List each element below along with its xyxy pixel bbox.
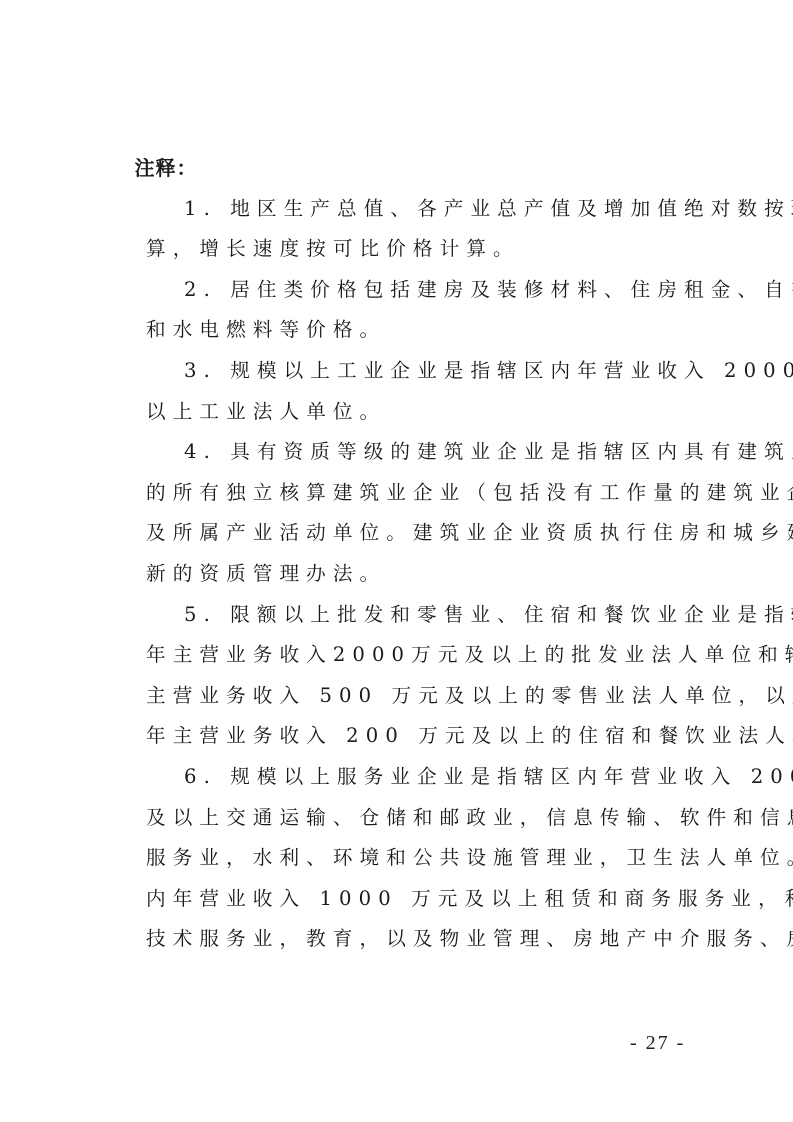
note-line: 4. 具有资质等级的建筑业企业是指辖区内具有建筑业资质 bbox=[107, 432, 685, 473]
note-line: 及所属产业活动单位。建筑业企业资质执行住房和城乡建设部 bbox=[107, 513, 685, 554]
note-line: 2. 居住类价格包括建房及装修材料、住房租金、自有住房 bbox=[107, 270, 685, 311]
note-line: 年主营业务收入2000万元及以上的批发业法人单位和辖区内年 bbox=[107, 635, 685, 676]
note-line: 新的资质管理办法。 bbox=[107, 554, 685, 595]
note-line: 以上工业法人单位。 bbox=[107, 392, 685, 433]
document-page: 注释： 1. 地区生产总值、各产业总产值及增加值绝对数按现价计 算，增长速度按可… bbox=[0, 0, 793, 1122]
note-line: 服务业，水利、环境和公共设施管理业，卫生法人单位。辖区 bbox=[107, 838, 685, 879]
note-line: 算，增长速度按可比价格计算。 bbox=[107, 229, 685, 270]
note-2: 2. 居住类价格包括建房及装修材料、住房租金、自有住房 和水电燃料等价格。 bbox=[107, 270, 685, 351]
notes-section: 注释： 1. 地区生产总值、各产业总产值及增加值绝对数按现价计 算，增长速度按可… bbox=[107, 148, 685, 960]
note-line: 年主营业务收入 200 万元及以上的住宿和餐饮业法人单位。 bbox=[107, 716, 685, 757]
page-number: - 27 - bbox=[630, 1032, 685, 1055]
note-6: 6. 规模以上服务业企业是指辖区内年营业收入 2000 万元 及以上交通运输、仓… bbox=[107, 757, 685, 960]
note-line: 6. 规模以上服务业企业是指辖区内年营业收入 2000 万元 bbox=[107, 757, 685, 798]
note-3: 3. 规模以上工业企业是指辖区内年营业收入 2000 万元及 以上工业法人单位。 bbox=[107, 351, 685, 432]
note-line: 的所有独立核算建筑业企业（包括没有工作量的建筑业企业） bbox=[107, 473, 685, 514]
note-line: 主营业务收入 500 万元及以上的零售业法人单位，以及辖区内 bbox=[107, 676, 685, 717]
note-1: 1. 地区生产总值、各产业总产值及增加值绝对数按现价计 算，增长速度按可比价格计… bbox=[107, 189, 685, 270]
note-line: 及以上交通运输、仓储和邮政业，信息传输、软件和信息技术 bbox=[107, 798, 685, 839]
note-line: 内年营业收入 1000 万元及以上租赁和商务服务业，科学研究和 bbox=[107, 879, 685, 920]
note-5: 5. 限额以上批发和零售业、住宿和餐饮业企业是指辖区内 年主营业务收入2000万… bbox=[107, 595, 685, 757]
note-line: 技术服务业，教育，以及物业管理、房地产中介服务、房地产 bbox=[107, 919, 685, 960]
note-line: 1. 地区生产总值、各产业总产值及增加值绝对数按现价计 bbox=[107, 189, 685, 230]
notes-heading: 注释： bbox=[107, 148, 685, 189]
note-line: 和水电燃料等价格。 bbox=[107, 310, 685, 351]
note-line: 5. 限额以上批发和零售业、住宿和餐饮业企业是指辖区内 bbox=[107, 595, 685, 636]
note-4: 4. 具有资质等级的建筑业企业是指辖区内具有建筑业资质 的所有独立核算建筑业企业… bbox=[107, 432, 685, 594]
note-line: 3. 规模以上工业企业是指辖区内年营业收入 2000 万元及 bbox=[107, 351, 685, 392]
